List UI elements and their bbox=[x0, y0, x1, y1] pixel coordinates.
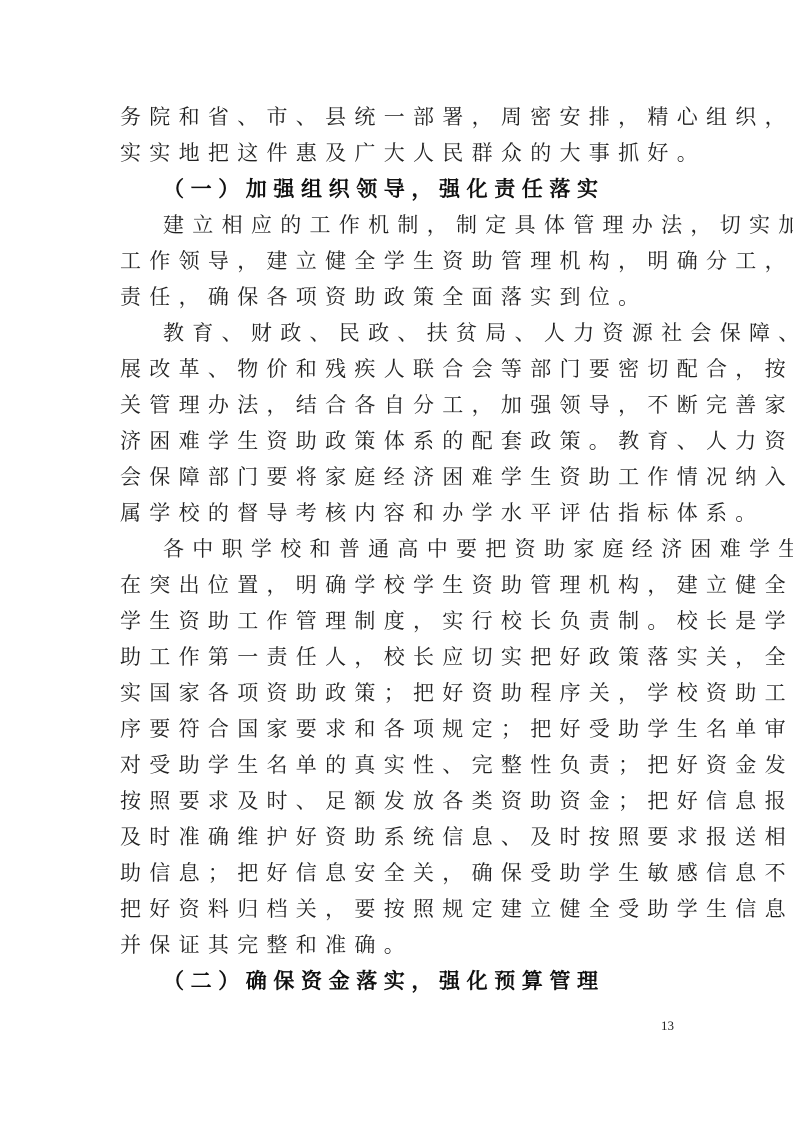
paragraph-start-line: 建立相应的工作机制，制定具体管理办法，切实加强 bbox=[163, 207, 703, 243]
body-line: 工作领导，建立健全学生资助管理机构，明确分工，落实 bbox=[120, 243, 660, 279]
body-line: 责任，确保各项资助政策全面落实到位。 bbox=[120, 279, 660, 315]
body-line: 及时准确维护好资助系统信息、及时按照要求报送相关资 bbox=[120, 819, 660, 855]
document-page: 务院和省、市、县统一部署，周密安排，精心组织，扎扎 实实地把这件惠及广大人民群众… bbox=[0, 0, 793, 1122]
body-line: 实实地把这件惠及广大人民群众的大事抓好。 bbox=[120, 135, 660, 171]
section-heading-2: （二）确保资金落实，强化预算管理 bbox=[163, 963, 703, 999]
body-line: 学生资助工作管理制度，实行校长负责制。校长是学生资 bbox=[120, 603, 660, 639]
body-line: 在突出位置，明确学校学生资助管理机构，建立健全学校 bbox=[120, 567, 660, 603]
body-line: 展改革、物价和残疾人联合会等部门要密切配合，按照相 bbox=[120, 351, 660, 387]
body-line: 对受助学生名单的真实性、完整性负责；把好资金发放关， bbox=[120, 747, 660, 783]
body-line: 把好资料归档关，要按照规定建立健全受助学生信息档案， bbox=[120, 891, 660, 927]
paragraph-start-line: 各中职学校和普通高中要把资助家庭经济困难学生摆 bbox=[163, 531, 703, 567]
body-line: 务院和省、市、县统一部署，周密安排，精心组织，扎扎 bbox=[120, 99, 660, 135]
section-heading-1: （一）加强组织领导，强化责任落实 bbox=[163, 171, 703, 207]
page-number: 13 bbox=[661, 1018, 674, 1034]
body-line: 按照要求及时、足额发放各类资助资金；把好信息报送关， bbox=[120, 783, 660, 819]
paragraph-start-line: 教育、财政、民政、扶贫局、人力资源社会保障、发 bbox=[163, 315, 703, 351]
body-line: 属学校的督导考核内容和办学水平评估指标体系。 bbox=[120, 495, 660, 531]
body-line: 序要符合国家要求和各项规定；把好受助学生名单审核关， bbox=[120, 711, 660, 747]
body-line: 济困难学生资助政策体系的配套政策。教育、人力资源社 bbox=[120, 423, 660, 459]
body-line: 会保障部门要将家庭经济困难学生资助工作情况纳入对所 bbox=[120, 459, 660, 495]
body-line: 并保证其完整和准确。 bbox=[120, 927, 660, 963]
body-line: 关管理办法，结合各自分工，加强领导，不断完善家庭经 bbox=[120, 387, 660, 423]
body-line: 助信息；把好信息安全关，确保受助学生敏感信息不泄露； bbox=[120, 855, 660, 891]
body-line: 助工作第一责任人，校长应切实把好政策落实关，全面落 bbox=[120, 639, 660, 675]
body-line: 实国家各项资助政策；把好资助程序关，学校资助工作程 bbox=[120, 675, 660, 711]
